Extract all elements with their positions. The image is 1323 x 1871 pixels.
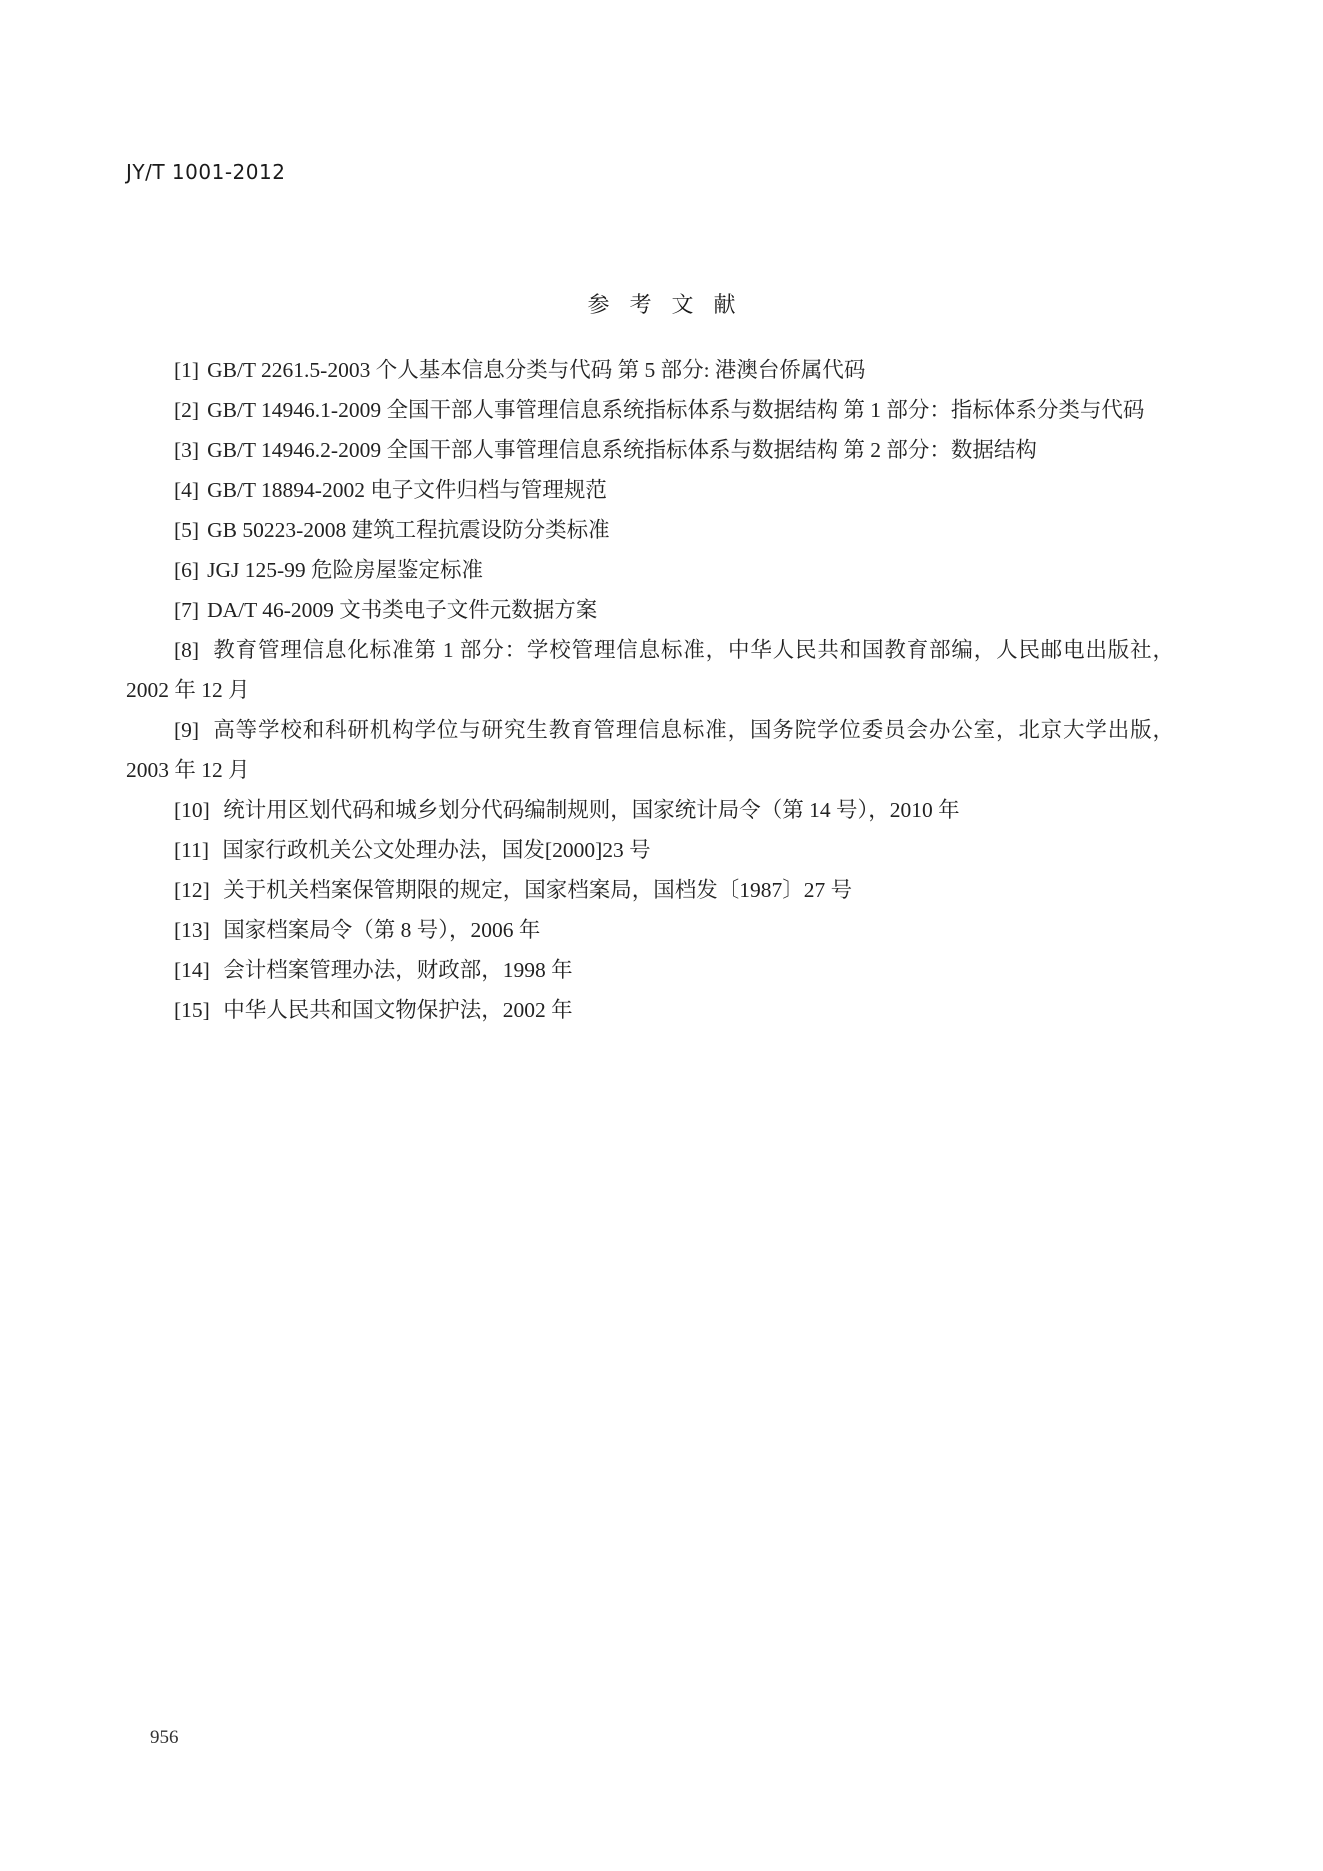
reference-item: [2]GB/T 14946.1-2009 全国干部人事管理信息系统指标体系与数据… [126,390,1174,430]
reference-number: [8] [174,638,199,662]
reference-item: [8] 教育管理信息化标准第 1 部分：学校管理信息标准，中华人民共和国教育部编… [126,630,1174,710]
reference-item: [5]GB 50223-2008 建筑工程抗震设防分类标准 [126,510,1174,550]
reference-text: DA/T 46-2009 文书类电子文件元数据方案 [207,598,597,622]
reference-number: [12] [174,878,210,902]
reference-text: 高等学校和科研机构学位与研究生教育管理信息标准，国务院学位委员会办公室，北京大学… [126,718,1174,782]
reference-item: [10] 统计用区划代码和城乡划分代码编制规则，国家统计局令（第 14 号），2… [126,790,1174,830]
reference-number: [9] [174,718,199,742]
page-number: 956 [150,1727,179,1749]
reference-item: [6]JGJ 125-99 危险房屋鉴定标准 [126,550,1174,590]
reference-text: GB/T 18894-2002 电子文件归档与管理规范 [207,478,607,502]
reference-text: 中华人民共和国文物保护法，2002 年 [218,998,573,1022]
reference-list: [1]GB/T 2261.5-2003 个人基本信息分类与代码 第 5 部分: … [126,350,1174,1030]
reference-text: 教育管理信息化标准第 1 部分：学校管理信息标准，中华人民共和国教育部编，人民邮… [126,638,1174,702]
reference-number: [11] [174,838,209,862]
reference-item: [3]GB/T 14946.2-2009 全国干部人事管理信息系统指标体系与数据… [126,430,1174,470]
reference-item: [14] 会计档案管理办法，财政部，1998 年 [126,950,1174,990]
reference-number: [10] [174,798,210,822]
reference-text: GB/T 14946.1-2009 全国干部人事管理信息系统指标体系与数据结构 … [207,398,1144,422]
reference-number: [1] [174,358,199,382]
reference-number: [7] [174,598,199,622]
reference-item: [4]GB/T 18894-2002 电子文件归档与管理规范 [126,470,1174,510]
reference-number: [5] [174,518,199,542]
reference-number: [3] [174,438,199,462]
reference-number: [2] [174,398,199,422]
reference-text: 国家行政机关公文处理办法，国发[2000]23 号 [217,838,651,862]
reference-item: [11] 国家行政机关公文处理办法，国发[2000]23 号 [126,830,1174,870]
reference-number: [4] [174,478,199,502]
reference-item: [9] 高等学校和科研机构学位与研究生教育管理信息标准，国务院学位委员会办公室，… [126,710,1174,790]
reference-number: [14] [174,958,210,982]
reference-text: 会计档案管理办法，财政部，1998 年 [218,958,573,982]
reference-item: [7]DA/T 46-2009 文书类电子文件元数据方案 [126,590,1174,630]
reference-text: GB/T 2261.5-2003 个人基本信息分类与代码 第 5 部分: 港澳台… [207,358,865,382]
reference-text: GB/T 14946.2-2009 全国干部人事管理信息系统指标体系与数据结构 … [207,438,1037,462]
reference-text: 国家档案局令（第 8 号），2006 年 [218,918,541,942]
reference-text: JGJ 125-99 危险房屋鉴定标准 [207,558,483,582]
section-title: 参考文献 [0,288,1323,319]
reference-number: [15] [174,998,210,1022]
reference-text: 统计用区划代码和城乡划分代码编制规则，国家统计局令（第 14 号），2010 年 [218,798,960,822]
reference-number: [13] [174,918,210,942]
reference-number: [6] [174,558,199,582]
reference-text: GB 50223-2008 建筑工程抗震设防分类标准 [207,518,610,542]
reference-item: [15] 中华人民共和国文物保护法，2002 年 [126,990,1174,1030]
reference-item: [12] 关于机关档案保管期限的规定，国家档案局，国档发〔1987〕27 号 [126,870,1174,910]
reference-item: [1]GB/T 2261.5-2003 个人基本信息分类与代码 第 5 部分: … [126,350,1174,390]
standard-code-header: JY/T 1001-2012 [126,160,285,184]
reference-text: 关于机关档案保管期限的规定，国家档案局，国档发〔1987〕27 号 [218,878,852,902]
reference-item: [13] 国家档案局令（第 8 号），2006 年 [126,910,1174,950]
